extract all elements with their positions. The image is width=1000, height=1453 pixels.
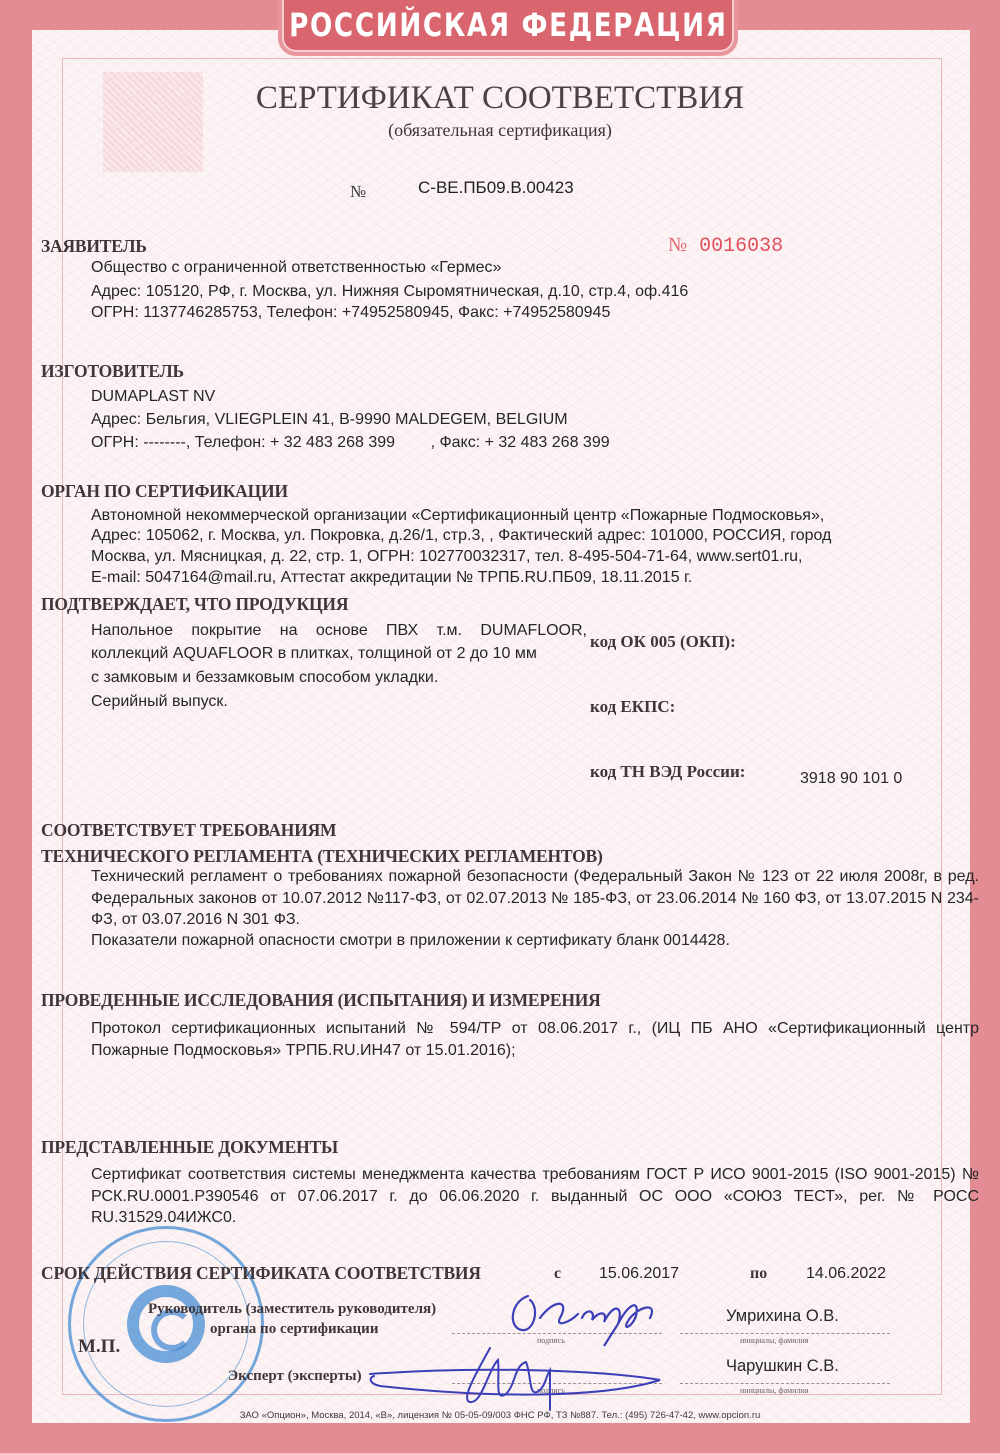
- head-name-caption: инициалы, фамилия: [740, 1336, 808, 1345]
- validity-from-label: с: [554, 1265, 561, 1283]
- banner-text: РОССИЙСКАЯ ФЕДЕРАЦИЯ: [289, 6, 727, 44]
- okp-code-label: код ОК 005 (ОКП):: [590, 632, 736, 652]
- expert-handwritten-signature: [360, 1340, 690, 1415]
- product-line-4: Серийный выпуск.: [91, 691, 228, 713]
- manufacturer-name: DUMAPLAST NV: [91, 386, 215, 408]
- number-symbol: №: [350, 182, 366, 202]
- product-line-1: Напольное покрытие на основе ПВХ т.м. DU…: [91, 620, 587, 642]
- requirements-note: Показатели пожарной опасности смотри в п…: [91, 930, 730, 952]
- product-heading: ПОДТВЕРЖДАЕТ, ЧТО ПРОДУКЦИЯ: [41, 594, 348, 615]
- product-line-3: с замковым и беззамковым способом укладк…: [91, 667, 438, 689]
- applicant-contacts: ОГРН: 1137746285753, Телефон: +749525809…: [91, 302, 610, 324]
- head-signature-label-2: органа по сертификации: [210, 1321, 378, 1338]
- blank-number-symbol: №: [668, 234, 687, 256]
- expert-name: Чарушкин С.В.: [726, 1357, 839, 1376]
- printer-info: ЗАО «Опцион», Москва, 2014, «В», лицензи…: [0, 1410, 1000, 1421]
- applicant-address: Адрес: 105120, РФ, г. Москва, ул. Нижняя…: [91, 281, 688, 303]
- blank-number-value: 0016038: [699, 235, 783, 258]
- certification-body-accreditation: E-mail: 5047164@mail.ru, Аттестат аккред…: [91, 567, 692, 589]
- expert-name-caption: инициалы, фамилия: [740, 1386, 808, 1395]
- applicant-name: Общество с ограниченной ответственностью…: [91, 257, 501, 279]
- validity-to-label: по: [750, 1265, 767, 1283]
- manufacturer-heading: ИЗГОТОВИТЕЛЬ: [41, 361, 184, 382]
- product-line-2: коллекций AQUAFLOOR в плитках, толщиной …: [91, 643, 537, 665]
- certificate-number: С-ВЕ.ПБ09.В.00423: [418, 178, 574, 198]
- applicant-heading: ЗАЯВИТЕЛЬ: [41, 236, 147, 257]
- head-handwritten-signature: [500, 1288, 670, 1348]
- certification-body-contacts: Москва, ул. Мясницкая, д. 22, стр. 1, ОГ…: [91, 546, 802, 568]
- tests-heading: ПРОВЕДЕННЫЕ ИССЛЕДОВАНИЯ (ИСПЫТАНИЯ) И И…: [41, 990, 601, 1011]
- head-name-line: [680, 1333, 890, 1334]
- documents-heading: ПРЕДСТАВЛЕННЫЕ ДОКУМЕНТЫ: [41, 1137, 338, 1158]
- validity-heading: СРОК ДЕЙСТВИЯ СЕРТИФИКАТА СООТВЕТСТВИЯ: [41, 1263, 481, 1284]
- tests-text: Протокол сертификационных испытаний № 59…: [91, 1018, 979, 1061]
- manufacturer-address: Адрес: Бельгия, VLIEGPLEIN 41, B-9990 MA…: [91, 409, 568, 431]
- certification-body-address: Адрес: 105062, г. Москва, ул. Покровка, …: [91, 525, 979, 547]
- stamp-logo-icon: [127, 1285, 205, 1363]
- certification-body-heading: ОРГАН ПО СЕРТИФИКАЦИИ: [41, 481, 288, 502]
- stamp-place-label: М.П.: [78, 1336, 120, 1358]
- requirements-heading-2: ТЕХНИЧЕСКОГО РЕГЛАМЕНТА (ТЕХНИЧЕСКИХ РЕГ…: [41, 846, 603, 867]
- manufacturer-contacts: ОГРН: --------, Телефон: + 32 483 268 39…: [91, 432, 610, 454]
- tnved-code-label: код ТН ВЭД России:: [590, 762, 745, 782]
- certification-body-name: Автономной некоммерческой организации «С…: [91, 505, 824, 527]
- ekps-code-label: код ЕКПС:: [590, 697, 675, 717]
- tnved-code-value: 3918 90 101 0: [800, 770, 902, 788]
- requirements-heading-1: СООТВЕТСТВУЕТ ТРЕБОВАНИЯМ: [41, 820, 336, 841]
- country-banner: РОССИЙСКАЯ ФЕДЕРАЦИЯ: [282, 0, 734, 52]
- head-name: Умрихина О.В.: [726, 1307, 839, 1326]
- page-subtitle: (обязательная сертификация): [0, 120, 1000, 141]
- page-title: СЕРТИФИКАТ СООТВЕТСТВИЯ: [0, 80, 1000, 117]
- validity-from-date: 15.06.2017: [599, 1265, 679, 1283]
- blank-number: № 0016038: [668, 234, 783, 258]
- head-signature-label-1: Руководитель (заместитель руководителя): [148, 1301, 436, 1318]
- documents-text: Сертификат соответствия системы менеджме…: [91, 1164, 979, 1229]
- requirements-text: Технический регламент о требованиях пожа…: [91, 866, 979, 931]
- expert-signature-label: Эксперт (эксперты): [228, 1368, 362, 1385]
- validity-to-date: 14.06.2022: [806, 1265, 886, 1283]
- expert-name-line: [680, 1383, 890, 1384]
